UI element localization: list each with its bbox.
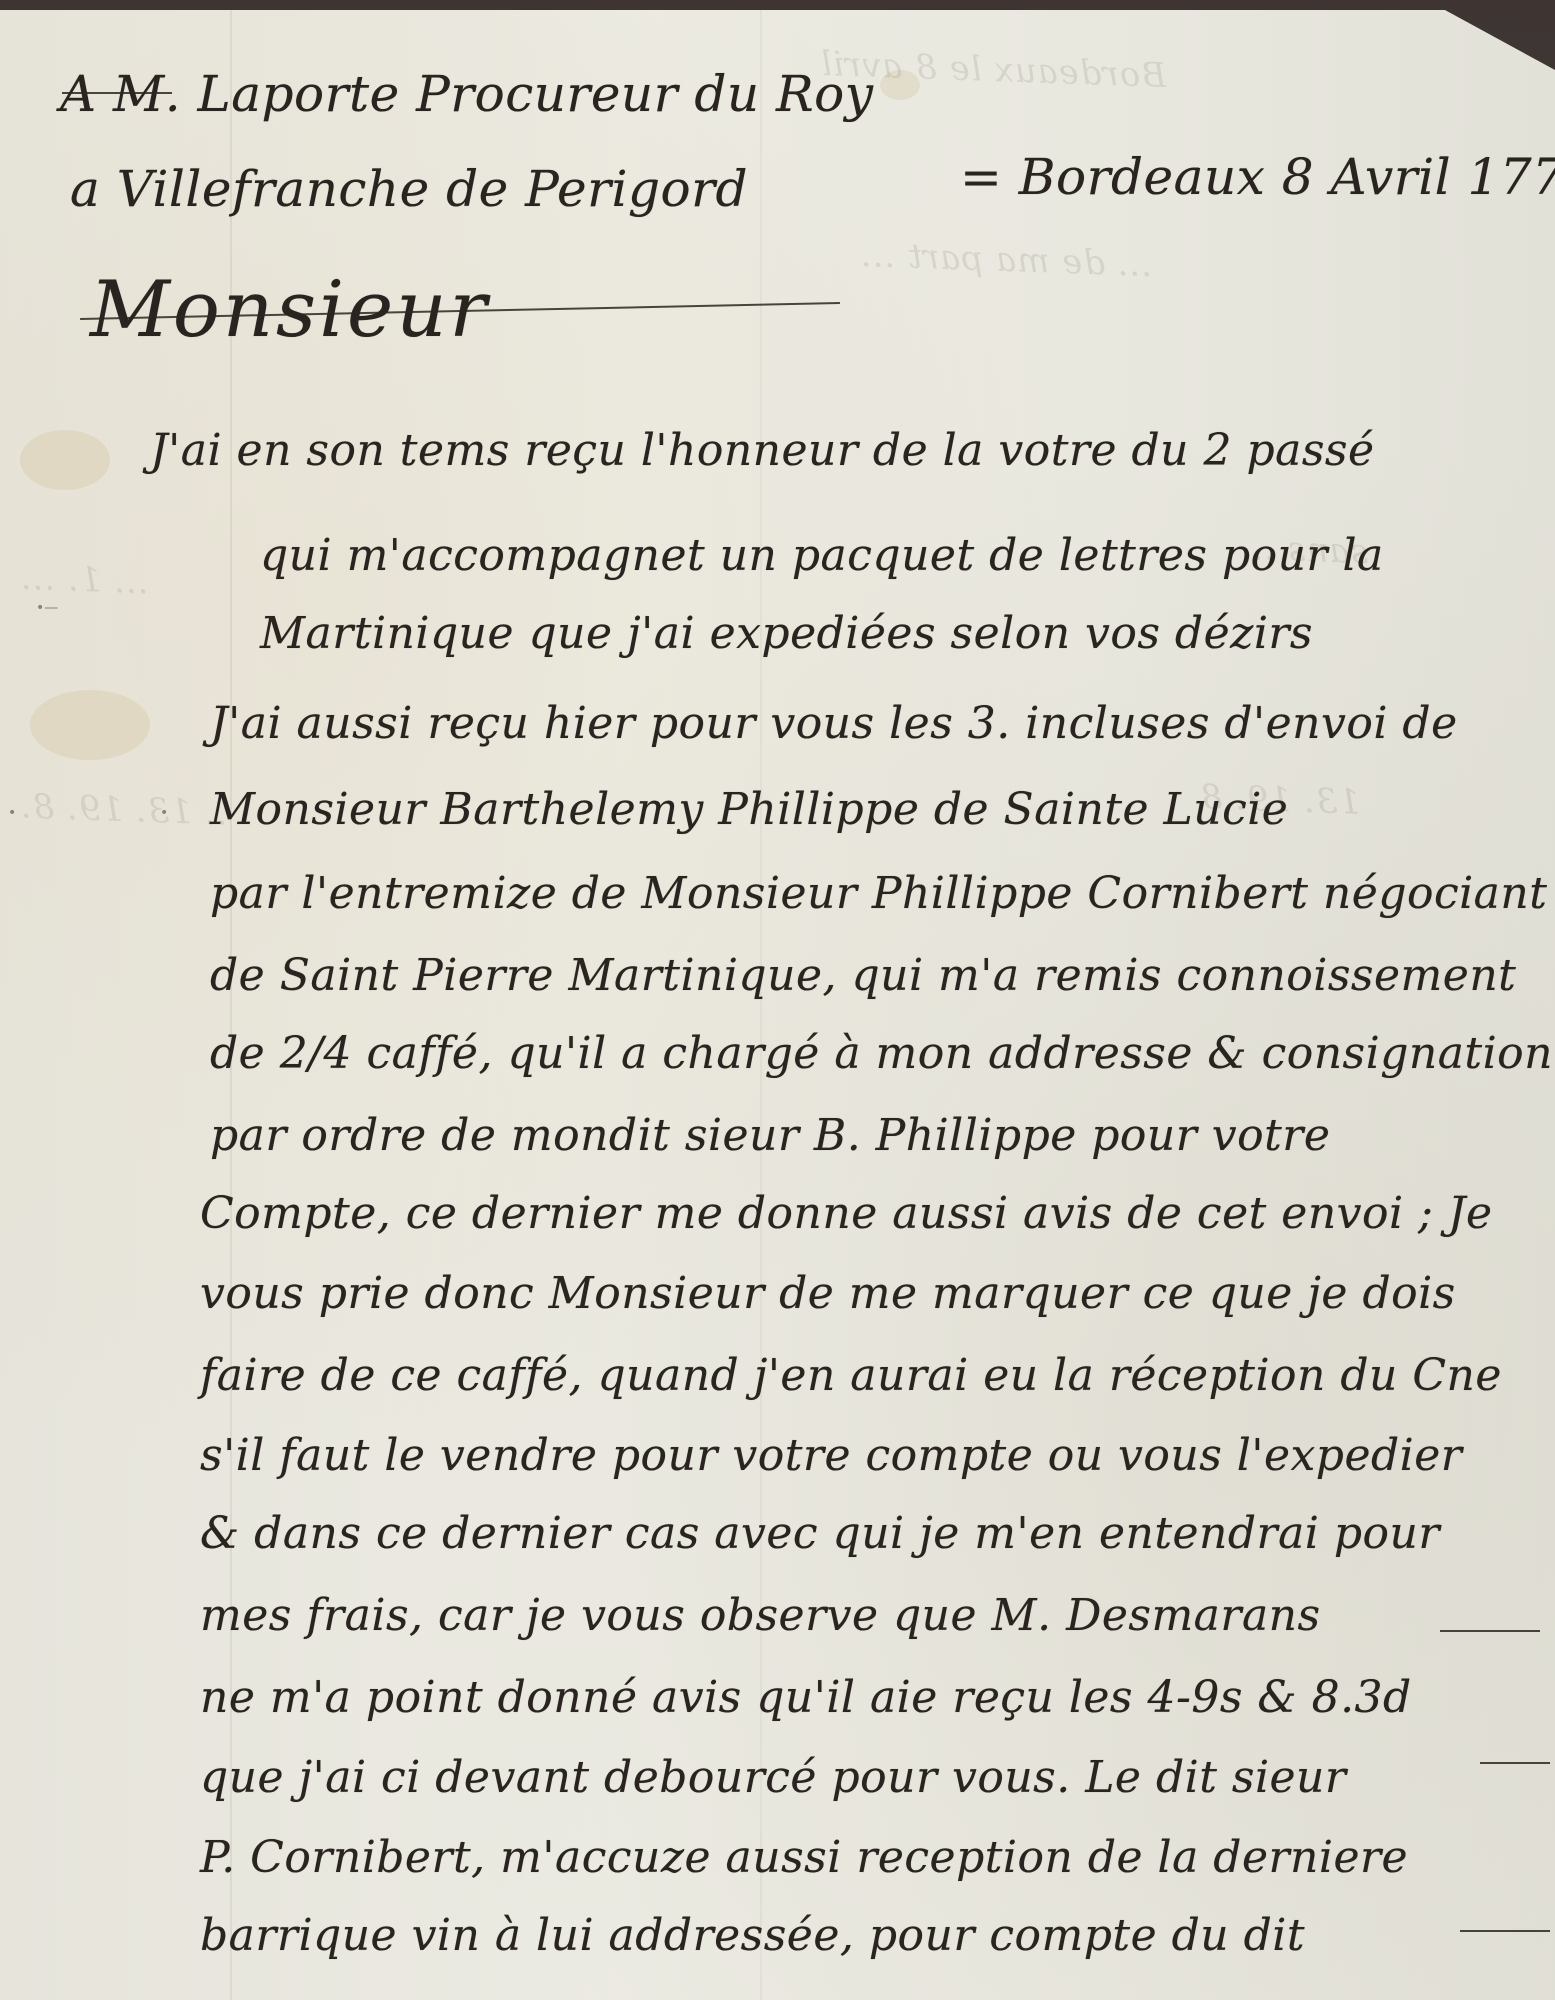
- body-line-2: qui m'accompagnet un pacquet de lettres …: [260, 530, 1384, 581]
- body-line-5: Monsieur Barthelemy Phillippe de Sainte …: [210, 784, 1288, 835]
- place-date: = Bordeaux 8 Avril 177: [960, 148, 1555, 206]
- margin-mark: •: [160, 805, 168, 821]
- line-end-flourish: [1480, 1762, 1550, 1764]
- body-line-1: J'ai en son tems reçu l'honneur de la vo…: [150, 425, 1375, 476]
- body-line-13: s'il faut le vendre pour votre compte ou…: [200, 1430, 1462, 1481]
- margin-mark: •: [8, 805, 16, 821]
- bleed-through-text: .. 13. 19. 8.: [19, 786, 228, 833]
- paper-stain: [30, 690, 150, 760]
- body-line-12: faire de ce caffé, quand j'en aurai eu l…: [200, 1350, 1502, 1401]
- address-underline: [62, 92, 172, 94]
- body-line-8: de 2/4 caffé, qu'il a chargé à mon addre…: [210, 1028, 1553, 1079]
- body-line-9: par ordre de mondit sieur B. Phillippe p…: [210, 1110, 1330, 1161]
- body-line-6: par l'entremize de Monsieur Phillippe Co…: [210, 868, 1547, 919]
- body-line-16: ne m'a point donné avis qu'il aie reçu l…: [200, 1672, 1412, 1723]
- margin-mark: •—: [36, 600, 58, 616]
- body-line-3: Martinique que j'ai expediées selon vos …: [260, 608, 1313, 659]
- address-line-1: A M. Laporte Procureur du Roy: [60, 65, 874, 123]
- line-end-flourish: [1460, 1930, 1550, 1932]
- body-line-18: P. Cornibert, m'accuze aussi reception d…: [200, 1832, 1408, 1883]
- body-line-11: vous prie donc Monsieur de me marquer ce…: [200, 1268, 1456, 1319]
- body-line-19: barrique vin à lui addressée, pour compt…: [200, 1910, 1305, 1961]
- bleed-through-text: ... 1. ...: [19, 558, 149, 602]
- body-line-4: J'ai aussi reçu hier pour vous les 3. in…: [210, 698, 1458, 749]
- body-line-7: de Saint Pierre Martinique, qui m'a remi…: [210, 950, 1516, 1001]
- bleed-through-text: ... de ma part ...: [859, 235, 1153, 285]
- body-line-10: Compte, ce dernier me donne aussi avis d…: [200, 1188, 1493, 1239]
- letter-page: Bordeaux le 8 avril ... de ma part ... s…: [0, 10, 1555, 2000]
- body-line-15: mes frais, car je vous observe que M. De…: [200, 1590, 1321, 1641]
- address-line-2: a Villefranche de Perigord: [70, 160, 748, 218]
- paper-stain: [20, 430, 110, 490]
- body-line-17: que j'ai ci devant debourcé pour vous. L…: [200, 1752, 1346, 1803]
- body-line-14: & dans ce dernier cas avec qui je m'en e…: [200, 1508, 1440, 1559]
- line-end-flourish: [1440, 1630, 1540, 1632]
